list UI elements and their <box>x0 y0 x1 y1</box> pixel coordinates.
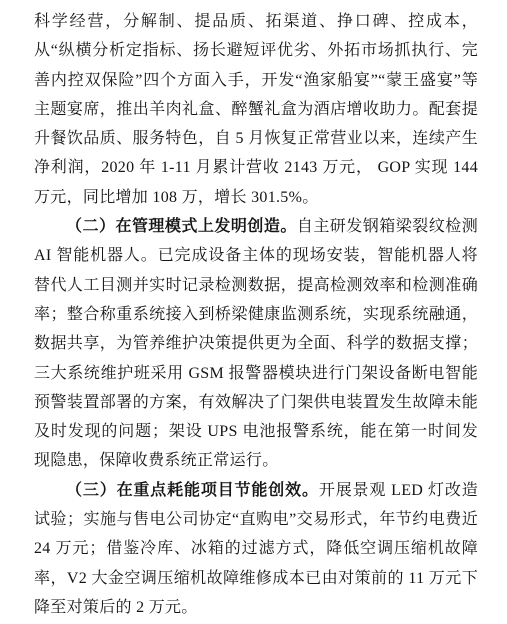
body-paragraph: 科学经营，分解制、提品质、拓渠道、挣口碑、控成本，从“纵横分析定指标、扬长避短评… <box>34 7 478 212</box>
body-paragraph: （二）在管理模式上发明创造。自主研发钢箱梁裂纹检测 AI 智能机器人。已完成设备… <box>34 212 478 476</box>
paragraph-text: 科学经营，分解制、提品质、拓渠道、挣口碑、控成本，从“纵横分析定指标、扬长避短评… <box>34 13 478 206</box>
section-heading: （三）在重点耗能项目节能创效。 <box>66 482 319 499</box>
paragraph-text: 开展景观 LED 灯改造试验；实施与售电公司协定“直购电”交易形式，年节约电费近… <box>34 482 478 616</box>
document-page: 科学经营，分解制、提品质、拓渠道、挣口碑、控成本，从“纵横分析定指标、扬长避短评… <box>0 0 507 624</box>
body-paragraph: （三）在重点耗能项目节能创效。开展景观 LED 灯改造试验；实施与售电公司协定“… <box>34 476 478 622</box>
paragraph-text: 自主研发钢箱梁裂纹检测 AI 智能机器人。已完成设备主体的现场安装，智能机器人将… <box>34 218 478 469</box>
section-heading: （二）在管理模式上发明创造。 <box>66 218 297 235</box>
